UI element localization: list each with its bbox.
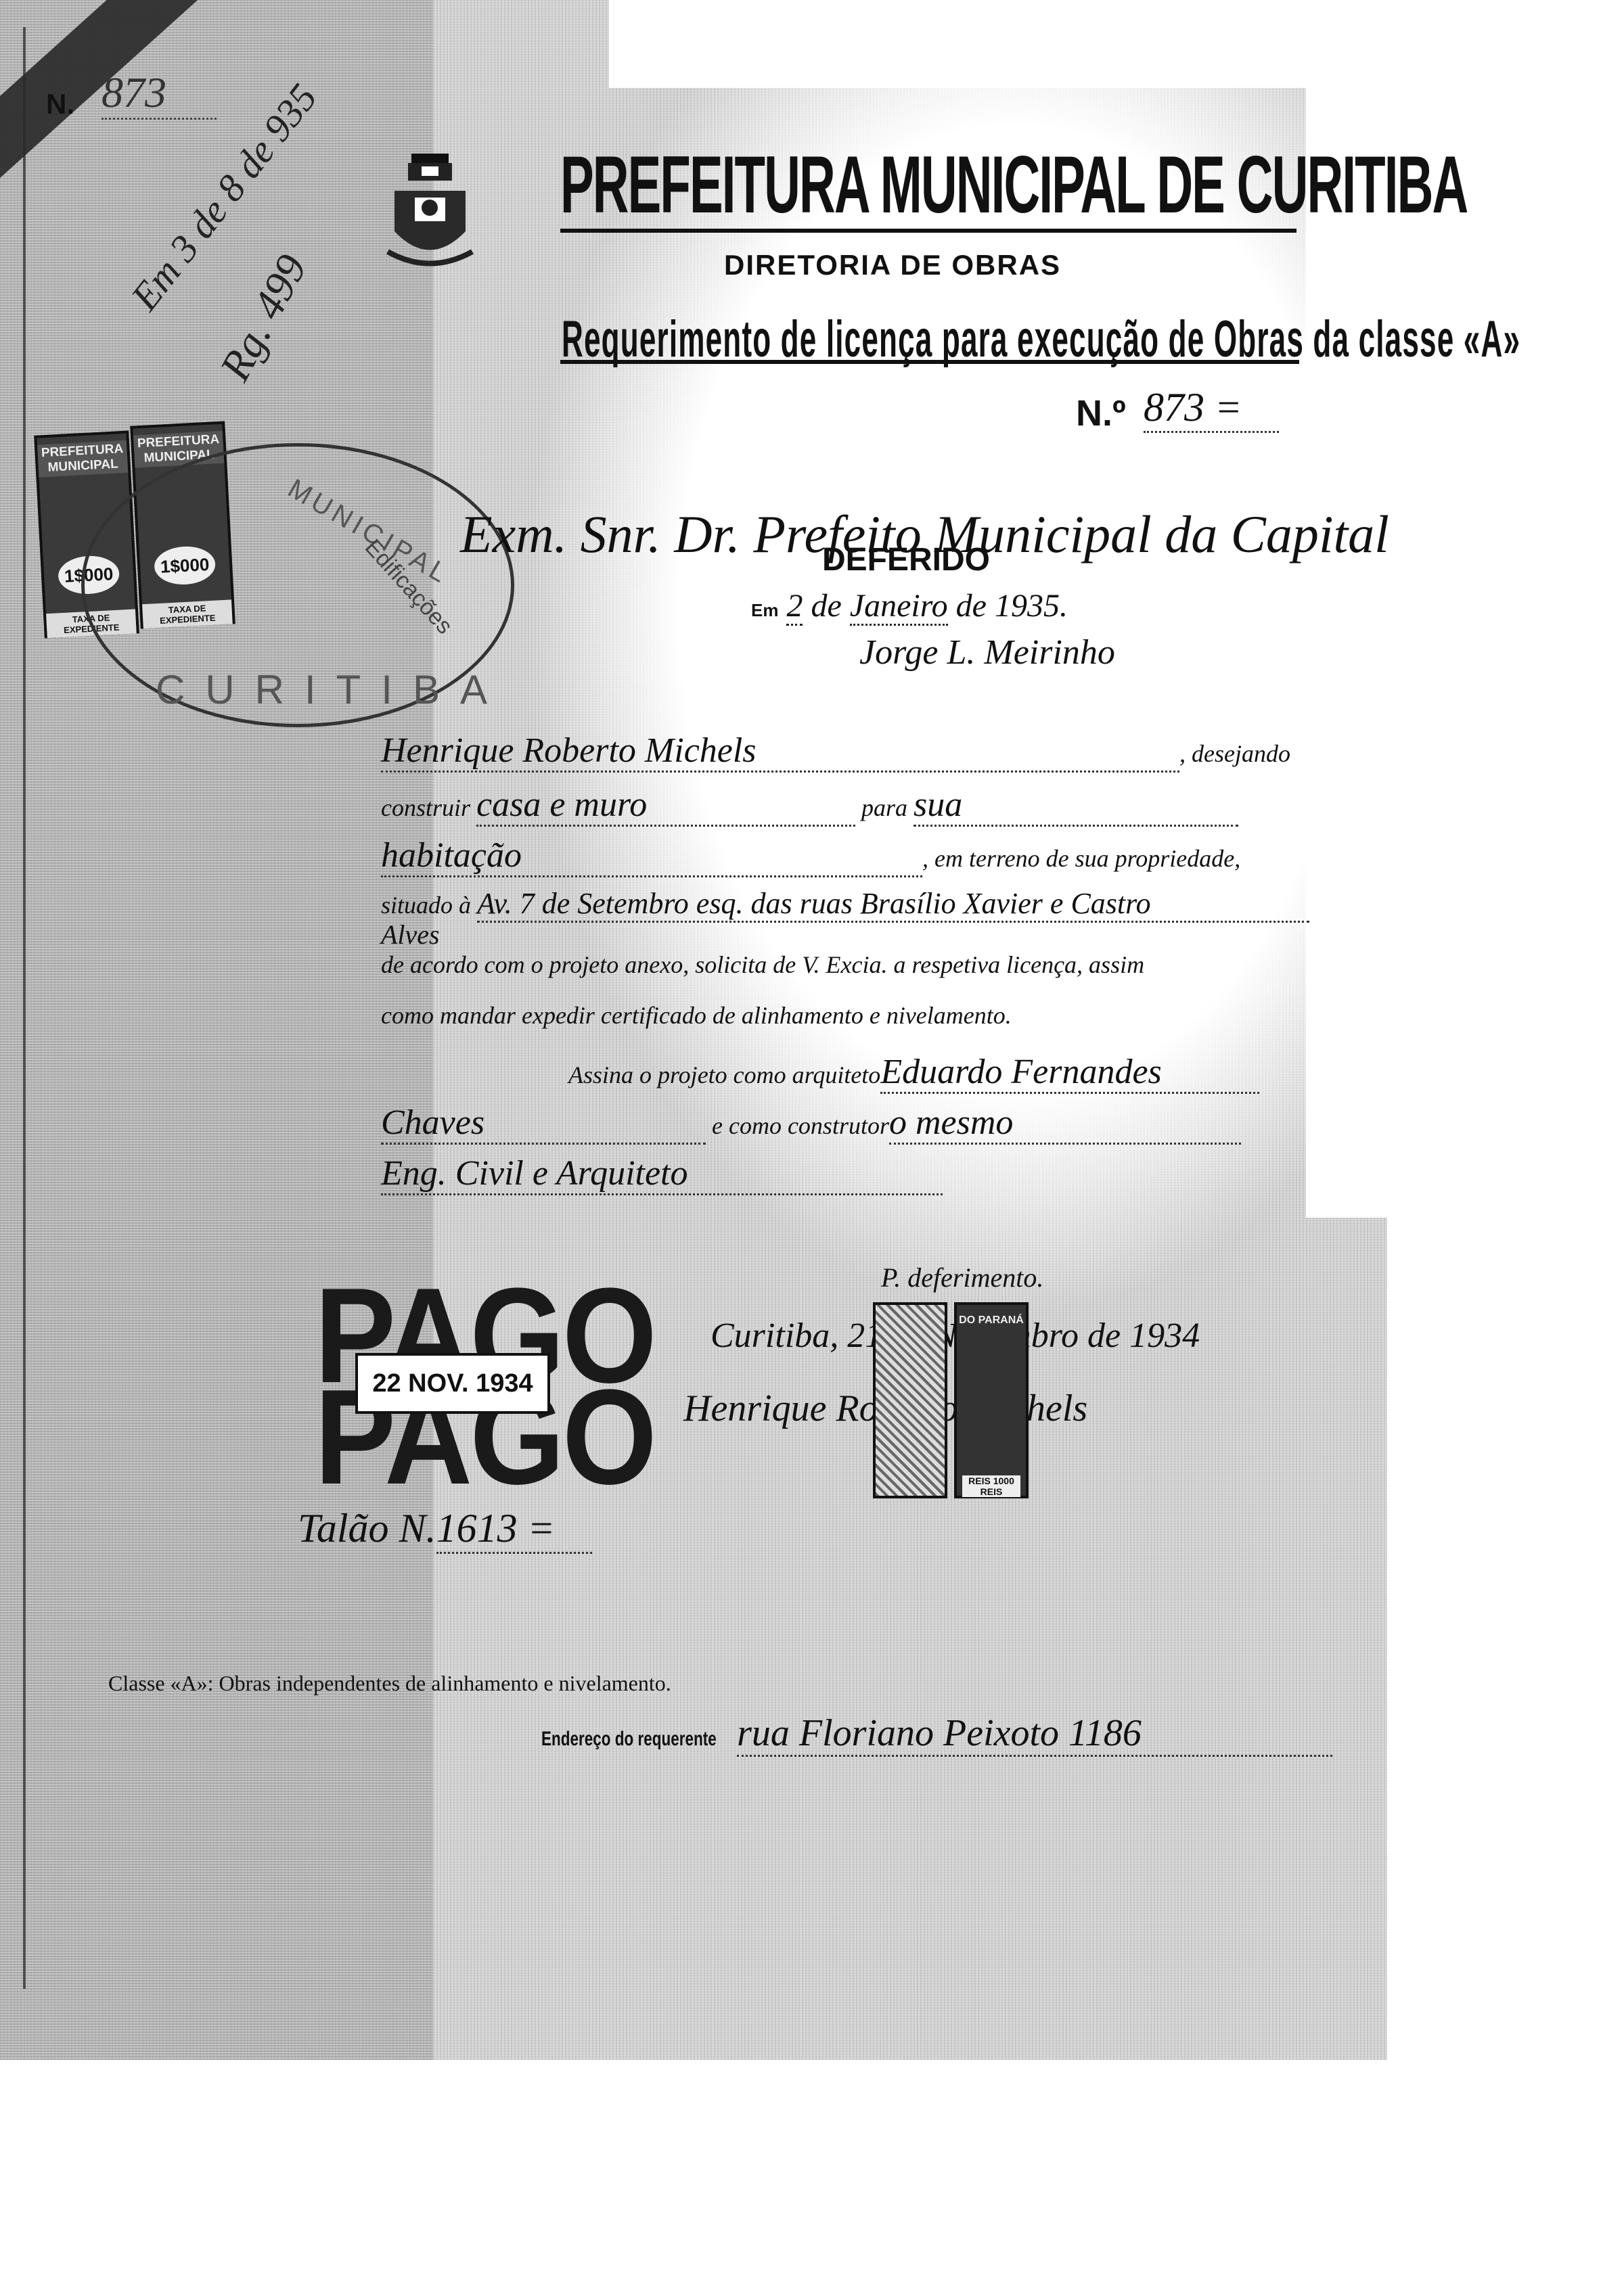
approval-of: de xyxy=(956,588,987,624)
address-label: Endereço do requerente xyxy=(541,1728,717,1751)
architect-label: Assina o projeto como arquiteto xyxy=(568,1061,880,1088)
location-line: situado à Av. 7 de Setembro esq. das rua… xyxy=(381,886,1308,923)
purpose-line: habitação, em terreno de sua propriedade… xyxy=(381,835,1308,877)
purpose-field: habitação xyxy=(381,835,922,877)
form-number-value: 873 = xyxy=(1144,384,1279,433)
revenue-stamp-header: DO PARANÁ xyxy=(957,1314,1026,1327)
class-note: Classe «A»: Obras independentes de alinh… xyxy=(108,1671,671,1696)
address-line: Endereço do requerente rua Floriano Peix… xyxy=(541,1712,1332,1757)
approval-signature: Jorge L. Meirinho xyxy=(859,633,1115,672)
address-field: rua Floriano Peixoto 1186 xyxy=(737,1712,1332,1757)
paid-stamp: PAGO PAGO 22 NOV. 1934 xyxy=(308,1279,579,1502)
approval-date: Em 2 de Janeiro de 1935. xyxy=(751,587,1068,624)
stamp-header: PREFEITURA MUNICIPAL xyxy=(37,440,128,478)
top-number-label: N. xyxy=(46,88,74,120)
seal-bottom-text: CURITIBA xyxy=(156,666,507,713)
approval-of: de xyxy=(811,588,841,624)
architect-line: Assina o projeto como arquitetoEduardo F… xyxy=(568,1052,1313,1094)
line-suffix: , em terreno de sua propriedade, xyxy=(922,845,1240,872)
engineer-line: Eng. Civil e Arquiteto xyxy=(381,1153,949,1195)
form-number-label: N.º xyxy=(1076,392,1126,434)
construct-line: construir casa e muro para sua xyxy=(381,785,1308,827)
header-divider xyxy=(560,360,1299,364)
department-title: DIRETORIA DE OBRAS xyxy=(724,249,1061,281)
request-text-line: de acordo com o projeto anexo, solicita … xyxy=(381,950,1308,979)
receipt-label: Talão N. xyxy=(298,1506,436,1551)
coat-of-arms-icon xyxy=(384,150,476,272)
builder-line: Chaves e como construtoro mesmo xyxy=(381,1103,1308,1145)
revenue-stamp xyxy=(873,1302,947,1498)
approval-year: 1935. xyxy=(995,588,1068,624)
construct-label: construir xyxy=(381,794,470,821)
builder-label: e como construtor xyxy=(712,1112,889,1139)
page-title: PREFEITURA MUNICIPAL DE CURITIBA xyxy=(560,141,1018,229)
approval-month: Janeiro xyxy=(850,588,948,626)
request-text-line: como mandar expedir certificado de alinh… xyxy=(381,1001,1308,1030)
location-continuation: Alves xyxy=(381,919,440,950)
receipt-number: 1613 = xyxy=(436,1505,592,1554)
receipt-line: Talão N.1613 = xyxy=(298,1505,592,1554)
header-divider xyxy=(560,229,1296,233)
architect-continuation-field: Chaves xyxy=(381,1103,706,1145)
approval-day: 2 xyxy=(786,588,803,626)
scan-shadow xyxy=(0,0,433,2060)
revenue-stamp-value: REIS 1000 REIS xyxy=(962,1475,1020,1497)
construct-field: casa e muro xyxy=(476,785,855,827)
closing-request: P. deferimento. xyxy=(881,1262,1043,1293)
architect-field: Eduardo Fernandes xyxy=(880,1052,1259,1094)
para-field: sua xyxy=(913,785,1238,827)
applicant-line: Henrique Roberto Michels, desejando xyxy=(381,731,1308,773)
situated-label: situado à xyxy=(381,892,471,919)
applicant-name-field: Henrique Roberto Michels xyxy=(381,731,1179,773)
approved-stamp: DEFERIDO xyxy=(822,541,990,578)
para-label: para xyxy=(861,794,907,821)
location-field: Av. 7 de Setembro esq. das ruas Brasílio… xyxy=(477,886,1309,923)
page-fold-edge xyxy=(23,27,26,1989)
paper-clear-area xyxy=(609,0,1387,88)
paid-stamp-date: 22 NOV. 1934 xyxy=(355,1353,550,1414)
line-suffix: , desejando xyxy=(1179,740,1290,767)
engineer-field: Eng. Civil e Arquiteto xyxy=(381,1153,943,1195)
builder-field: o mesmo xyxy=(889,1103,1241,1145)
revenue-stamp: DO PARANÁ REIS 1000 REIS xyxy=(954,1302,1029,1498)
approval-date-prefix: Em xyxy=(751,600,778,620)
top-number-value: 873 xyxy=(101,68,217,120)
